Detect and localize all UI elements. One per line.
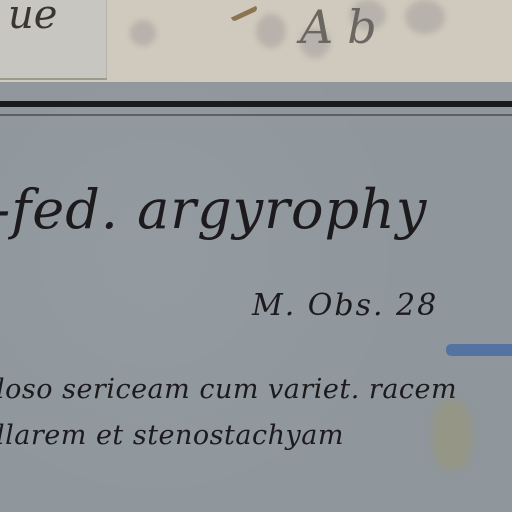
rule-line	[0, 101, 512, 107]
stain	[405, 0, 445, 34]
yellow-stain	[432, 400, 472, 470]
blue-pencil-mark	[446, 344, 512, 356]
top-paper-strip: ue Ab	[0, 0, 512, 82]
species-title: -fed. argyrophy	[0, 178, 427, 241]
ink-stroke	[226, 0, 259, 22]
pencil-note: Ab	[300, 0, 391, 54]
stain	[130, 20, 156, 46]
reference-citation: M. Obs. 28	[252, 288, 438, 323]
stain	[256, 14, 286, 48]
left-label-fragment: ue	[0, 0, 107, 78]
description-line-2: llarem et stenostachyam	[0, 420, 344, 451]
rule-line-thin	[0, 114, 512, 116]
left-label-text: ue	[8, 0, 57, 38]
description-line-1: loso sericeam cum variet. racem	[0, 374, 457, 405]
